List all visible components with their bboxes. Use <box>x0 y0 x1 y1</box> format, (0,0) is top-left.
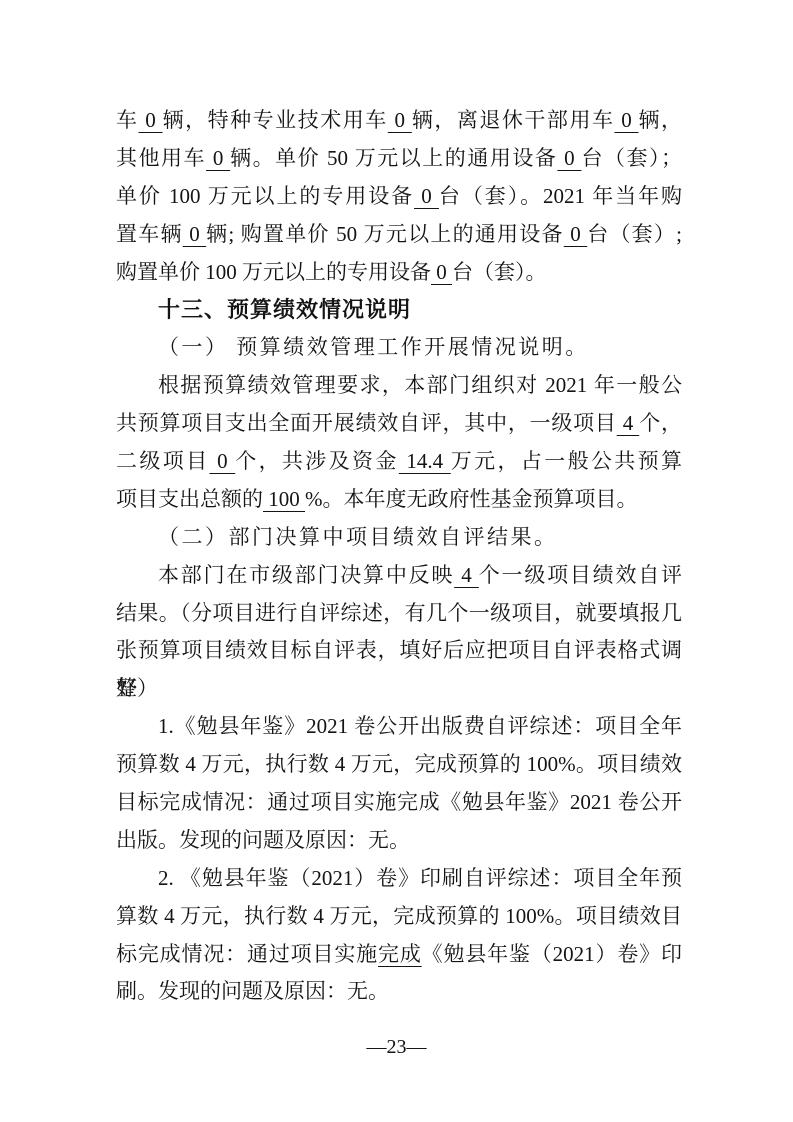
text-line: 目标完成情况：通过项目实施完成《勉县年鉴》2021 卷公开 <box>116 784 682 822</box>
subsection-heading-1: （一） 预算绩效管理工作开展情况说明。 <box>116 329 682 367</box>
text-line: 刷。发现的问题及原因：无。 <box>116 973 682 1011</box>
section-heading: 十三、预算绩效情况说明 <box>116 291 682 329</box>
text-line: 结果。（分项目进行自评综述，有几个一级项目，就要填报几 <box>116 595 682 633</box>
text-line: 预算数 4 万元，执行数 4 万元，完成预算的 100%。项目绩效 <box>116 746 682 784</box>
page-number: —23— <box>0 1036 793 1059</box>
text-line: 其他用车 0 辆。单价 50 万元以上的通用设备 0 台（套）； <box>116 140 682 178</box>
subsection-heading-2: （二）部门决算中项目绩效自评结果。 <box>116 519 682 557</box>
text-line: 标完成情况：通过项目实施完成《勉县年鉴（2021）卷》印 <box>116 936 682 974</box>
document-content: 车 0 辆，特种专业技术用车 0 辆，离退休干部用车 0 辆，其他用车 0 辆。… <box>116 102 682 1011</box>
text-line: 1.《勉县年鉴》2021 卷公开出版费自评综述：项目全年 <box>116 708 682 746</box>
text-line: 本部门在市级部门决算中反映 4 个一级项目绩效自评 <box>116 557 682 595</box>
text-line: 购置单价 100 万元以上的专用设备 0 台（套）。 <box>116 254 682 292</box>
document-page: 车 0 辆，特种专业技术用车 0 辆，离退休干部用车 0 辆，其他用车 0 辆。… <box>0 0 793 1122</box>
text-line: 出版。发现的问题及原因：无。 <box>116 822 682 860</box>
text-line: 张预算项目绩效目标自评表，填好后应把项目自评表格式调整 <box>116 632 682 670</box>
text-line: 好） <box>116 670 682 708</box>
text-line: 共预算项目支出全面开展绩效自评，其中，一级项目 4 个， <box>116 405 682 443</box>
text-line: 车 0 辆，特种专业技术用车 0 辆，离退休干部用车 0 辆， <box>116 102 682 140</box>
text-line: 算数 4 万元，执行数 4 万元，完成预算的 100%。项目绩效目 <box>116 898 682 936</box>
text-line: 二级项目 0 个，共涉及资金 14.4 万元，占一般公共预算 <box>116 443 682 481</box>
text-line: 根据预算绩效管理要求，本部门组织对 2021 年一般公 <box>116 367 682 405</box>
text-line: 置车辆 0 辆; 购置单价 50 万元以上的通用设备 0 台（套）; <box>116 216 682 254</box>
text-line: 2. 《勉县年鉴（2021）卷》印刷自评综述：项目全年预 <box>116 860 682 898</box>
text-line: 项目支出总额的 100 %。本年度无政府性基金预算项目。 <box>116 481 682 519</box>
text-line: 单价 100 万元以上的专用设备 0 台（套）。2021 年当年购 <box>116 178 682 216</box>
